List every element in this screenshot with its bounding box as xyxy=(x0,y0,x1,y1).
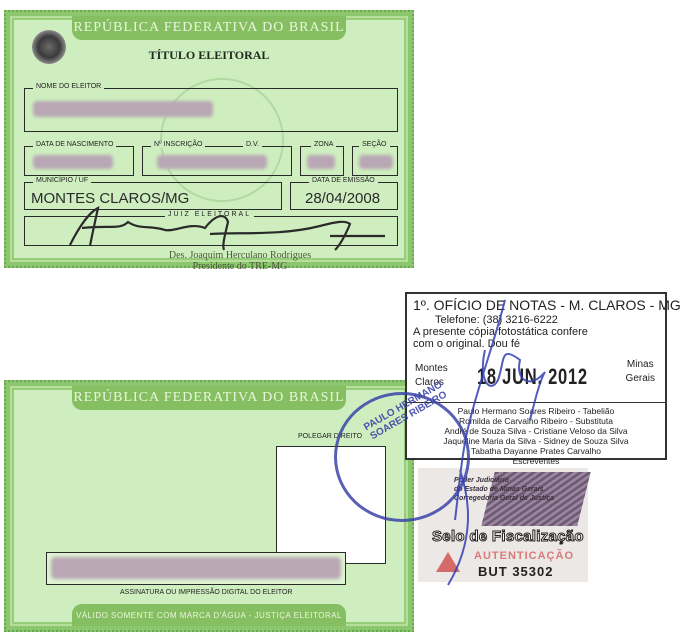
name-redaction xyxy=(33,101,213,117)
card-back-footer: VÁLIDO SOMENTE COM MARCA D'ÁGUA - JUSTIÇ… xyxy=(72,604,346,626)
zone-field: ZONA xyxy=(300,146,344,176)
seal-institution: Poder Judiciário do Estado de Minas Gera… xyxy=(454,476,554,503)
notary-text-line1: A presente cópia fotostática confere xyxy=(413,326,588,338)
section-redaction xyxy=(359,155,393,169)
zone-label: ZONA xyxy=(311,141,336,148)
voter-signature-redaction xyxy=(51,557,341,579)
birth-date-label: DATA DE NASCIMENTO xyxy=(33,141,116,148)
triangle-logo-icon xyxy=(436,552,460,572)
notary-title: 1º. OFÍCIO DE NOTAS - M. CLAROS - MG xyxy=(413,297,680,313)
voter-card-front: REPÚBLICA FEDERATIVA DO BRASIL TÍTULO EL… xyxy=(4,10,414,268)
municipality-label: MUNICÍPIO / UF xyxy=(33,177,91,184)
card-front-banner: REPÚBLICA FEDERATIVA DO BRASIL xyxy=(72,16,346,40)
seal-type: AUTENTICAÇÃO xyxy=(474,550,574,562)
signature-caption: ASSINATURA OU IMPRESSÃO DIGITAL DO ELEIT… xyxy=(120,589,292,596)
section-field: SEÇÃO xyxy=(352,146,398,176)
city-left-line1: Montes xyxy=(415,362,448,376)
judge-label: JUIZ ELEITORAL xyxy=(165,211,254,218)
notary-date: 18 JUN. 2012 xyxy=(477,364,588,390)
document-title: TÍTULO ELEITORAL xyxy=(10,48,408,63)
notary-phone: Telefone: (38) 3216-6222 xyxy=(435,314,558,326)
name-field: NOME DO ELEITOR xyxy=(24,88,398,132)
voter-signature-box xyxy=(46,552,346,585)
city-right-line2: Gerais xyxy=(626,372,655,386)
dv-label: D.V. xyxy=(243,141,262,148)
seal-code: BUT 35302 xyxy=(478,564,553,579)
municipality-value: MONTES CLAROS/MG xyxy=(31,190,189,207)
issue-date-field: DATA DE EMISSÃO 28/04/2008 xyxy=(290,182,398,210)
zone-redaction xyxy=(307,155,335,169)
name-label: NOME DO ELEITOR xyxy=(33,83,104,90)
municipality-field: MUNICÍPIO / UF MONTES CLAROS/MG xyxy=(24,182,282,210)
birth-date-field: DATA DE NASCIMENTO xyxy=(24,146,134,176)
city-right-line1: Minas xyxy=(626,358,655,372)
birth-date-redaction xyxy=(33,155,113,169)
card-back-banner: REPÚBLICA FEDERATIVA DO BRASIL xyxy=(72,386,346,410)
seal-institution-line: Corregedoria Geral de Justiça xyxy=(454,494,554,503)
seal-institution-line: Poder Judiciário xyxy=(454,476,554,485)
notary-text-line2: com o original. Dou fé xyxy=(413,338,520,350)
registration-field: Nº INSCRIÇÃO D.V. xyxy=(142,146,292,176)
notary-city-right: Minas Gerais xyxy=(626,358,655,386)
president-role: Presidente do TRE-MG xyxy=(130,261,350,272)
registration-label: Nº INSCRIÇÃO xyxy=(151,141,205,148)
issue-date-value: 28/04/2008 xyxy=(305,190,380,207)
notary-separator xyxy=(407,402,665,403)
issue-date-label: DATA DE EMISSÃO xyxy=(309,177,378,184)
seal-institution-line: do Estado de Minas Gerais xyxy=(454,485,554,494)
registration-redaction xyxy=(157,155,267,169)
judge-field: JUIZ ELEITORAL xyxy=(24,216,398,246)
president-signature-block: Des. Joaquim Herculano Rodrigues Preside… xyxy=(130,250,350,272)
seal-title: Selo de Fiscalização xyxy=(432,528,584,545)
section-label: SEÇÃO xyxy=(359,141,390,148)
president-name: Des. Joaquim Herculano Rodrigues xyxy=(130,250,350,261)
